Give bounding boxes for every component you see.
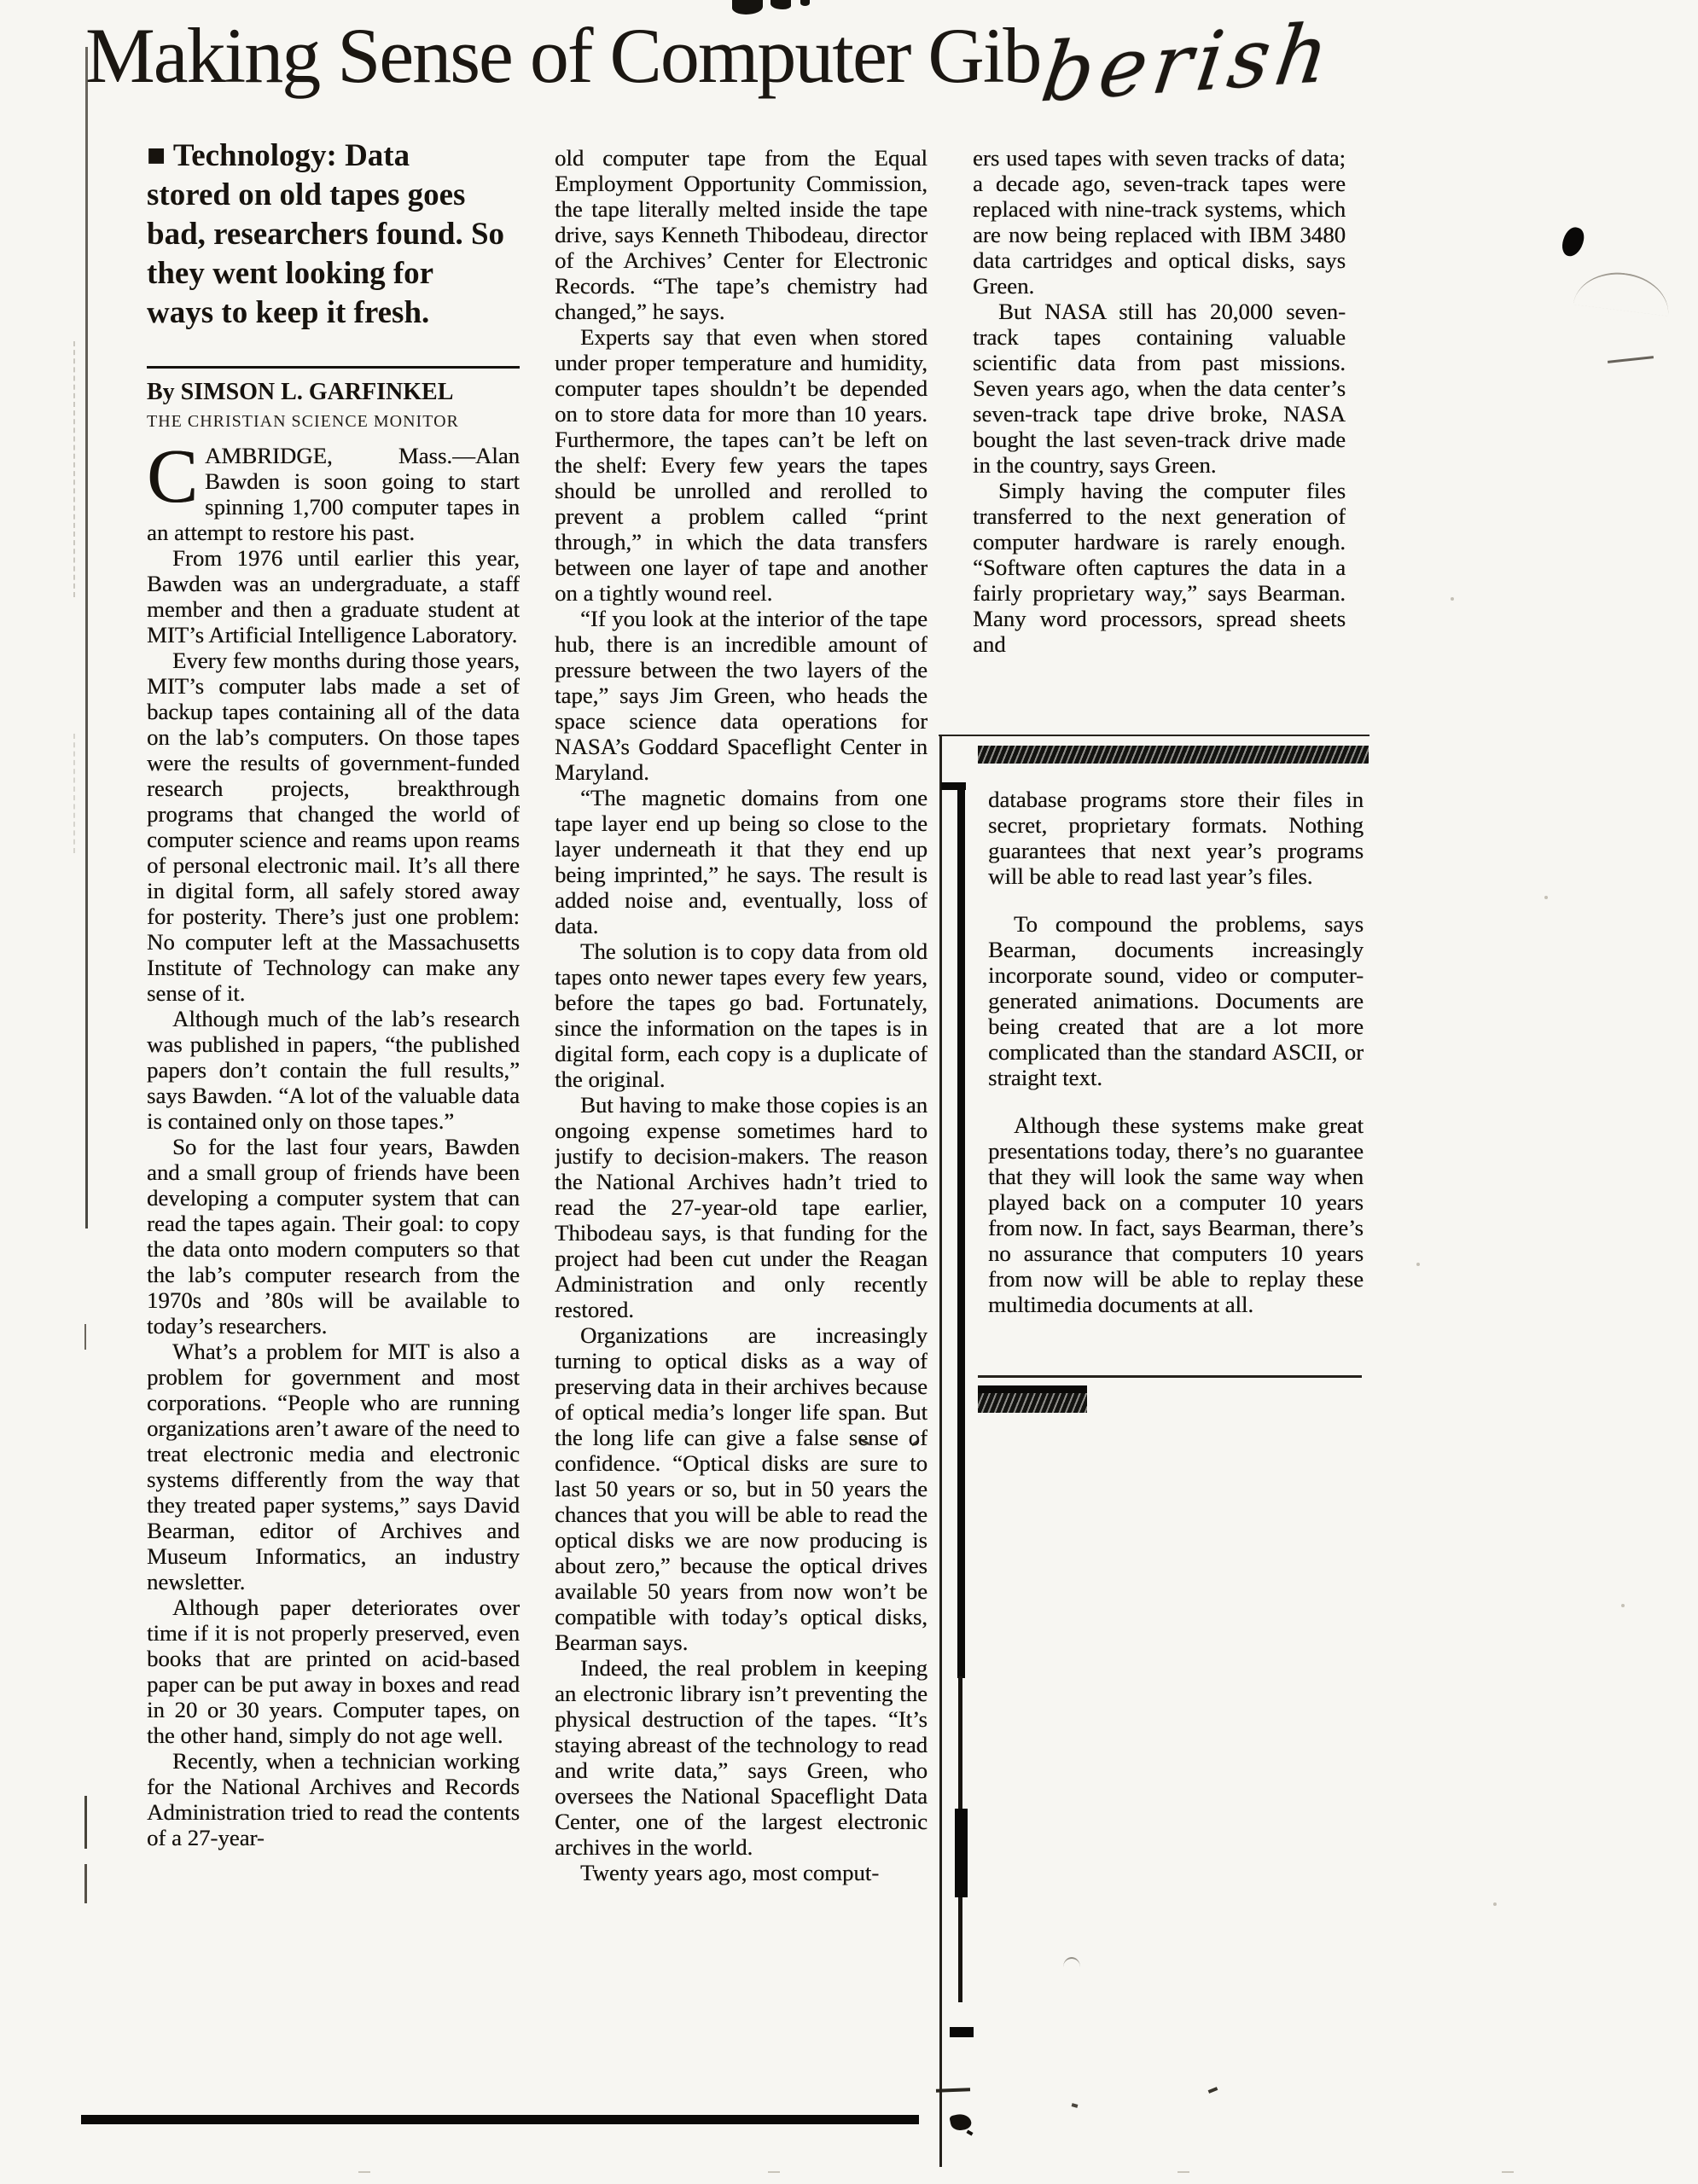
dust-speck [1544, 896, 1548, 899]
article-paragraph: Indeed, the real problem in keeping an e… [555, 1655, 928, 1860]
article-paragraph: Although these systems make great presen… [988, 1112, 1364, 1317]
article-paragraph: “The magnetic domains from one tape laye… [555, 785, 928, 938]
dust-speck [1072, 2103, 1079, 2108]
article-paragraph: ers used tapes with seven tracks of data… [973, 145, 1346, 299]
pen-dash-mark [1608, 356, 1654, 363]
sidebar-box-outer-line [939, 735, 942, 2167]
standfirst-line: they went looking for [147, 254, 548, 293]
standfirst-line: ways to keep it fresh. [147, 293, 548, 333]
article-paragraph: Although much of the lab’s research was … [147, 1006, 520, 1134]
scan-line-dash [84, 1864, 87, 1903]
column-2: old computer tape from the Equal Employm… [555, 145, 928, 2107]
sidebar-box-bottom-rule [978, 1375, 1362, 1378]
headline-handwritten-part: berish [1037, 7, 1340, 121]
article-paragraph: What’s a problem for MIT is also a probl… [147, 1339, 520, 1594]
article-paragraph: From 1976 until earlier this year, Bawde… [147, 545, 520, 648]
dust-speck [1493, 1902, 1497, 1906]
dust-speck [1416, 1263, 1420, 1266]
headline-main: Making Sense of Computer Gib [85, 12, 1040, 99]
byline: By SIMSON L. GARFINKEL [147, 379, 453, 406]
dust-speck [1621, 1604, 1625, 1607]
byline-source: THE CHRISTIAN SCIENCE MONITOR [147, 412, 459, 432]
dust-speck [1451, 597, 1454, 601]
scan-edge-dash [358, 2171, 370, 2173]
pen-mark [1063, 1957, 1080, 1967]
page-edge-dash [73, 734, 75, 853]
scan-edge-dash [1502, 2171, 1514, 2173]
article-paragraph: database programs store their files in s… [988, 787, 1364, 889]
article-paragraph: But NASA still has 20,000 seven-track ta… [973, 299, 1346, 478]
article-paragraph: Although paper deteriorates over time if… [147, 1594, 520, 1748]
newspaper-page: Making Sense of Computer Gibberish ■ Tec… [0, 0, 1698, 2184]
ink-blot [1559, 224, 1587, 258]
scan-line-dash [84, 1796, 87, 1849]
dust-speck [1208, 2087, 1218, 2094]
torn-paper-mark [800, 0, 810, 6]
lede-paragraph: CAMBRIDGE, Mass.—Alan Bawden is soon goi… [147, 443, 520, 545]
page-edge-dash [73, 341, 75, 597]
sidebar-box-bracket-blob [955, 1809, 968, 1897]
ink-squiggle [966, 2130, 973, 2136]
sidebar-box-bracket [957, 782, 965, 1678]
sidebar-box-bottom-hatch [978, 1385, 1087, 1413]
article-paragraph: But having to make those copies is an on… [555, 1092, 928, 1322]
article-paragraph: So for the last four years, Bawden and a… [147, 1134, 520, 1339]
sidebar-box-column: database programs store their files in s… [988, 787, 1364, 1365]
article-paragraph: To compound the problems, says Bearman, … [988, 911, 1364, 1090]
article-paragraph: Experts say that even when stored under … [555, 324, 928, 606]
scan-edge-dash [1178, 2171, 1189, 2173]
scan-line [85, 47, 88, 1228]
bottom-page-rule [81, 2115, 919, 2124]
article-paragraph: Simply having the computer files transfe… [973, 478, 1346, 657]
sidebar-box-top-rule [939, 735, 1369, 736]
standfirst-line: ■ Technology: Data [147, 136, 548, 176]
article-paragraph: Every few months during those years, MIT… [147, 648, 520, 1006]
sidebar-box-bracket-foot [950, 2027, 974, 2037]
article-paragraph: Organizations are increasingly turning t… [555, 1322, 928, 1655]
scan-line-dash [84, 1324, 86, 1350]
ink-squiggle [949, 2112, 972, 2133]
article-paragraph: Twenty years ago, most comput- [555, 1860, 928, 1885]
column-3: ers used tapes with seven tracks of data… [973, 145, 1346, 723]
column-1: CAMBRIDGE, Mass.—Alan Bawden is soon goi… [147, 443, 520, 2102]
article-paragraph: Recently, when a technician working for … [147, 1748, 520, 1850]
pen-curve-mark [1573, 267, 1673, 316]
standfirst-line: stored on old tapes goes [147, 176, 548, 215]
standfirst: ■ Technology: Data stored on old tapes g… [147, 136, 548, 333]
article-paragraph: “If you look at the interior of the tape… [555, 606, 928, 785]
headline: Making Sense of Computer Gibberish [85, 9, 1536, 102]
scan-edge-dash [768, 2171, 780, 2173]
sidebar-box-top-hatch [978, 746, 1369, 764]
drop-cap: C [147, 443, 205, 508]
article-paragraph: The solution is to copy data from old ta… [555, 938, 928, 1092]
standfirst-line: bad, researchers found. So [147, 215, 548, 254]
article-paragraph: old computer tape from the Equal Employm… [555, 145, 928, 324]
byline-rule [147, 366, 520, 369]
